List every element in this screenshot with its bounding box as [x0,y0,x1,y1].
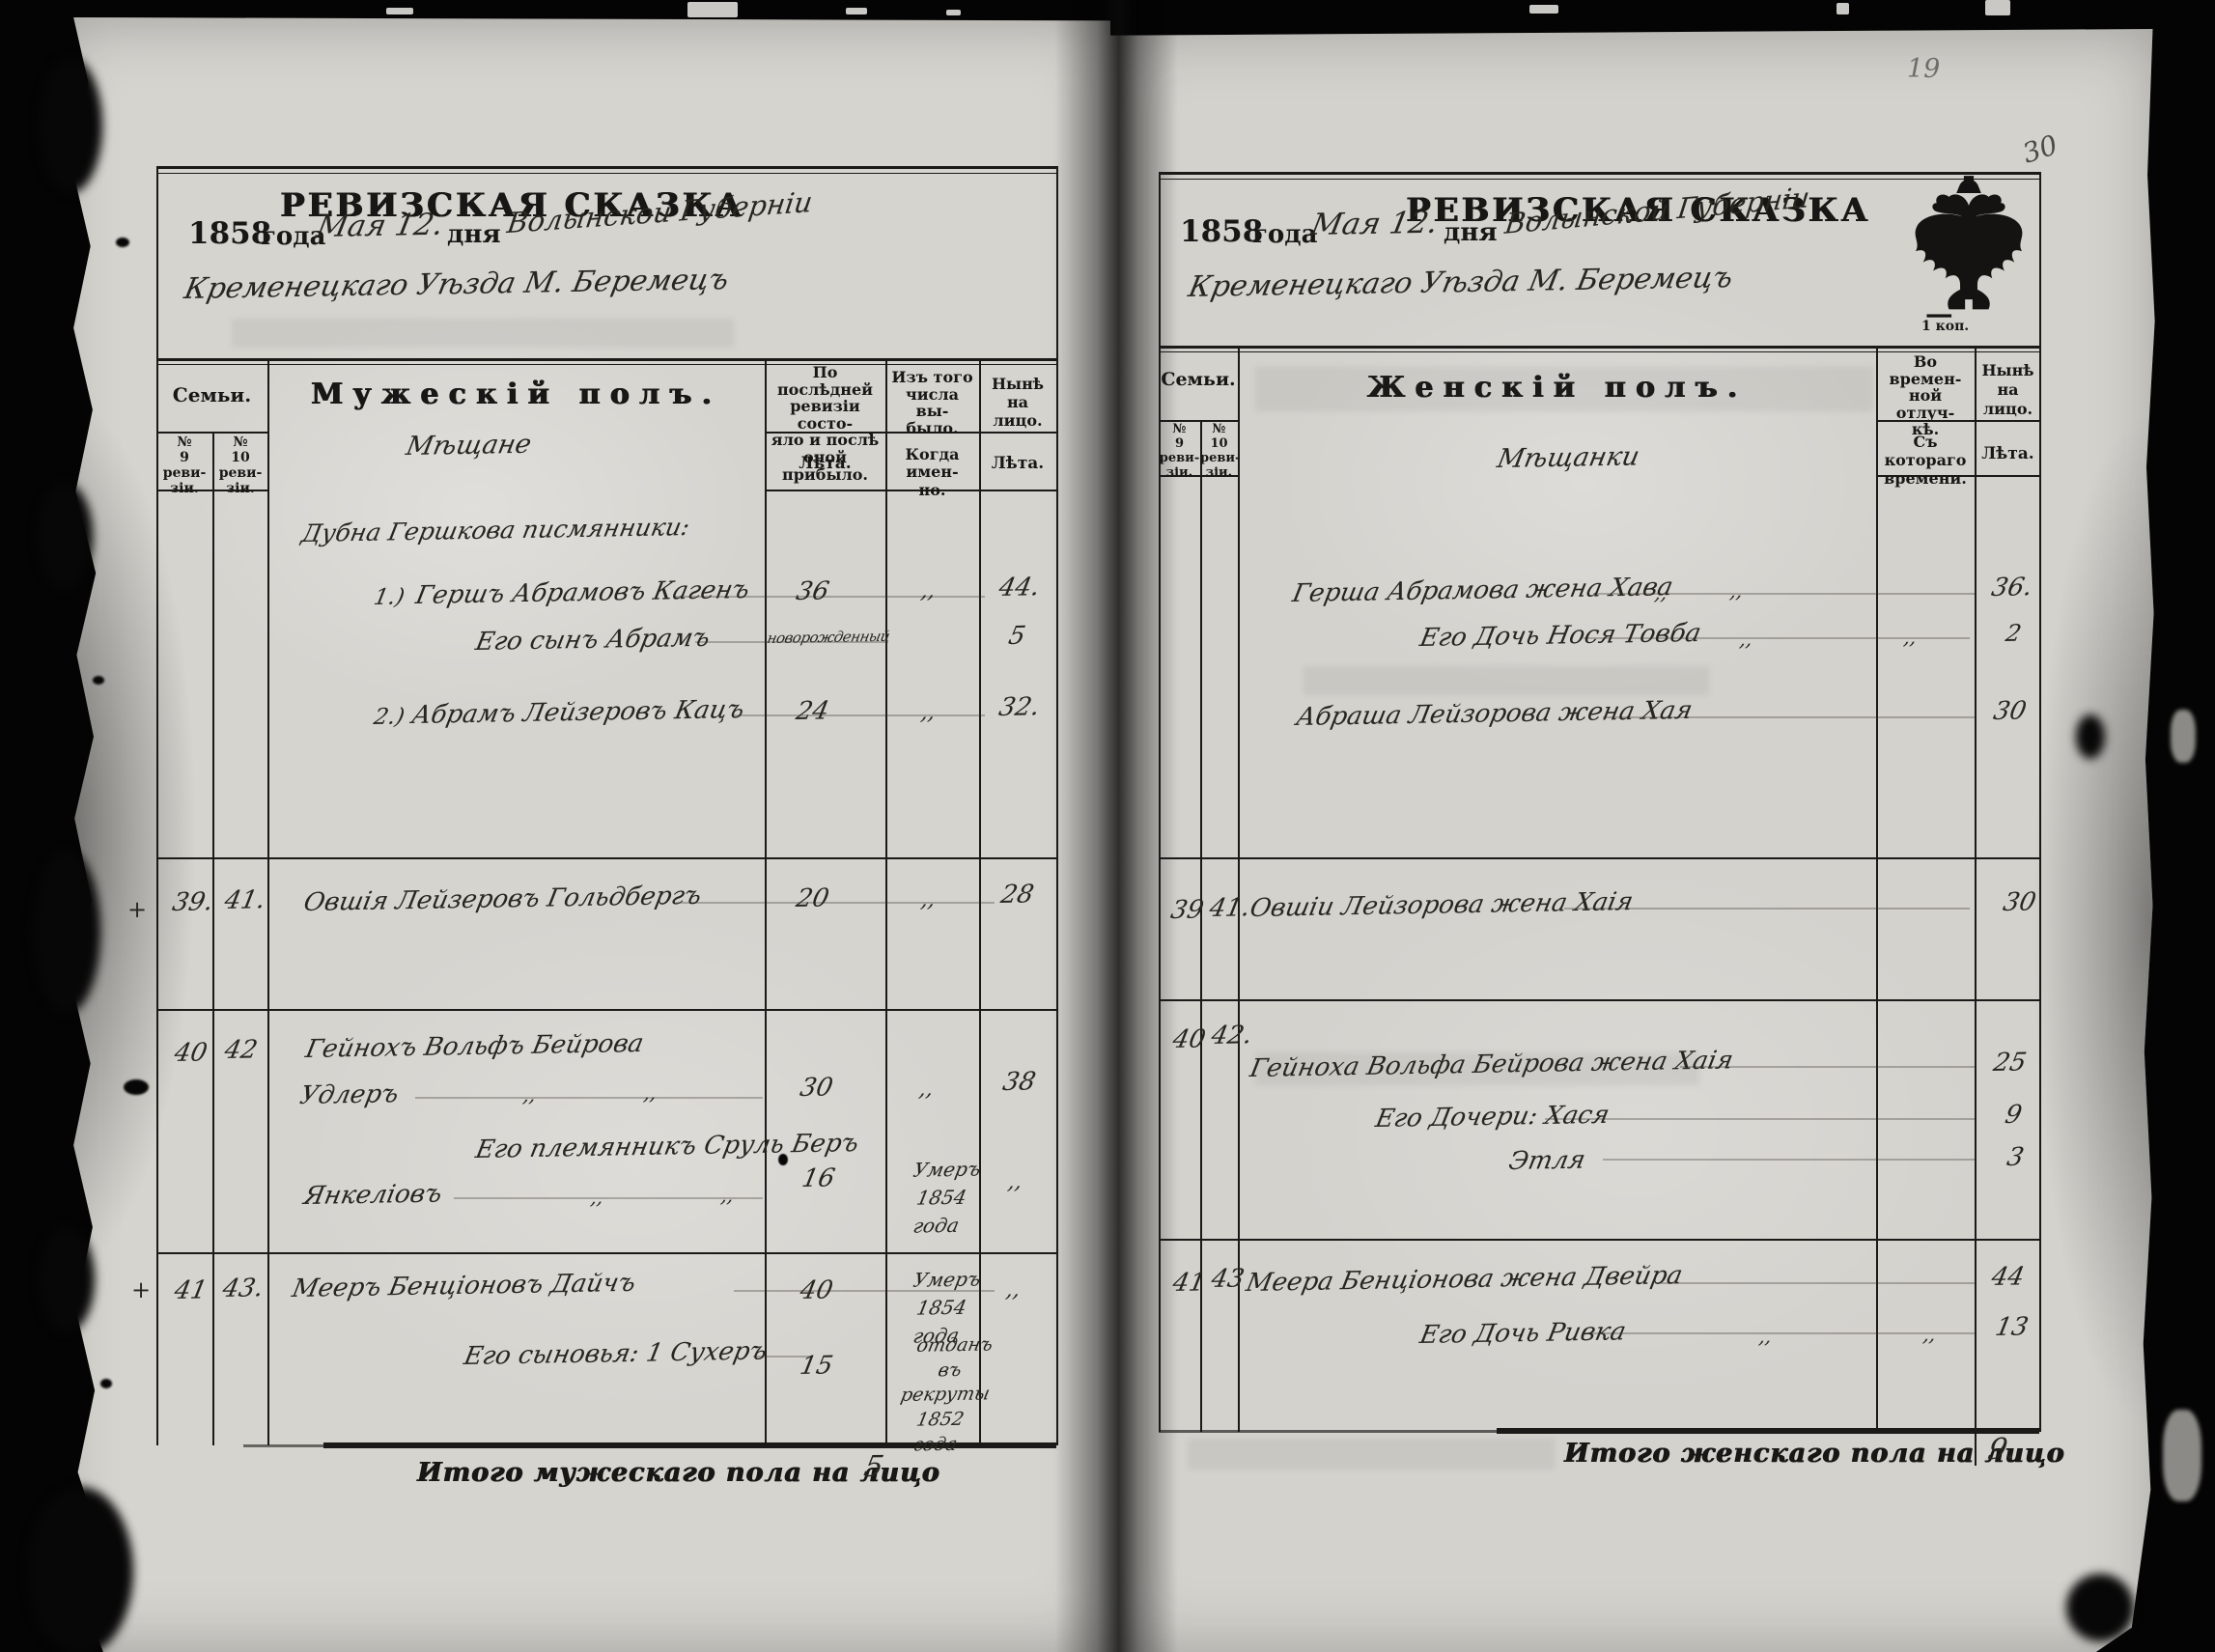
col-revision9: № 9 реви- зіи. [1159,423,1200,481]
age-previous: 16 [799,1163,837,1193]
bleed-through-smudge [1255,367,1873,411]
grid-line [1159,420,1238,422]
ink-speck [116,238,129,247]
col-departed: Изъ того числа вы- было. [887,369,977,436]
ink-stain [2076,714,2105,759]
group-heading-handwritten: Дубна Гершкова писмянники: [299,513,692,547]
age-present: 44 [1989,1262,2027,1292]
scan-artifact [2171,710,2196,763]
scan-artifact [386,8,413,14]
col-now-present: Нынѣ на лицо. [1977,361,2039,419]
ink-stain [33,850,100,1014]
family-no-9th: 39 [1168,895,1206,925]
ruled-line [1661,1282,1975,1284]
ink-speck [124,1079,149,1095]
col-family: Семьи. [1159,369,1238,390]
col-years-b: Лѣта. [981,454,1054,473]
entry-name: Гейнохъ Вольфъ Бейрова [303,1029,646,1064]
estate-category-handwritten: Мѣщане [404,430,534,462]
ruled-line [1584,1332,1975,1334]
scan-artifact [2163,1410,2201,1501]
margin-cross-mark: + [131,1276,151,1303]
grid-line [156,857,1056,859]
scan-artifact [946,10,961,15]
entry-number: 1.) [372,584,407,610]
scan-artifact [1985,0,2010,15]
stamp-denomination: 1 коп. [1921,319,1969,334]
col-revision10: № 10 реви- зіи. [213,434,267,496]
bleed-through-smudge [232,319,734,348]
grid-line [1159,1239,2039,1241]
grid-line [156,166,1056,169]
entry-name: Овшіи Лейзорова жена Хаія [1248,887,1636,923]
entry-name: Его Дочь Нося Товба [1417,619,1703,653]
grid-line [156,1009,1056,1011]
age-present: 32. [996,692,1042,722]
col-temporarily-away: Во времен- ной отлуч- кѣ. [1878,353,1973,438]
date-month-day: Мая 12. [314,208,446,244]
imperial-double-headed-eagle-stamp [1907,176,2031,321]
scan-artifact [1529,5,1558,14]
entry-name: Его племянникъ Сруль Беръ [473,1129,861,1164]
age-present: 28 [998,880,1036,910]
age-present: 30 [1991,696,2029,726]
ruled-line [734,714,985,716]
ruled-line [1564,908,1970,910]
col-years: Лѣта. [1977,444,2039,463]
scan-artifact [846,8,867,14]
age-present: 44. [996,573,1042,602]
family-no-10th: 41. [222,885,267,915]
col-now-present: Нынѣ на лицо. [981,375,1054,431]
family-no-10th: 41. [1207,893,1252,923]
grid-line [1159,857,2039,859]
total-rule-line [1159,1430,1497,1433]
ink-speck [778,1154,788,1165]
entry-name: Абрамъ Лейзеровъ Кацъ [409,695,746,730]
pencil-page-number: 19 [1907,54,1940,84]
date-year: 1858 [1180,214,1263,249]
ink-stain [2066,1574,2134,1641]
age-previous: новорожденный [766,628,891,647]
age-present: 25 [1991,1048,2029,1078]
grid-line [2039,172,2041,1432]
grid-line [1159,351,2039,352]
age-previous: 36 [794,576,831,606]
col-family: Семьи. [156,383,267,406]
entry-name: Этля [1506,1146,1587,1176]
col-when-exactly: Когда имен- но. [887,446,977,499]
ruled-line [676,902,995,904]
grid-line [1159,172,2039,175]
entry-name: Его Дочери: Хася [1373,1101,1612,1134]
grid-line [1159,172,1161,1432]
ruled-line [1603,1159,1975,1161]
ruled-line [1545,1118,1975,1120]
ink-stain [27,1487,133,1652]
ink-speck [93,676,104,685]
ruled-line [734,1290,995,1292]
grid-line [156,1252,1056,1254]
family-no-10th: 43 [1209,1264,1247,1294]
age-previous: 24 [794,696,831,726]
bleed-through-smudge [1304,666,1709,695]
grid-line [1159,346,2039,349]
ruled-line [1680,1066,1975,1068]
ruled-line [1584,637,1970,639]
col-male-sex: Мужескій полъ. [267,378,765,411]
col-since-when: Съ котораго времени. [1878,433,1973,489]
ink-speck [100,1379,112,1388]
family-no-9th: 41 [1170,1268,1208,1298]
entry-name: Абраша Лейзорова жена Хая [1294,696,1695,732]
ruled-line [695,641,888,643]
ruled-line [415,1097,763,1099]
col-revision10: № 10 реви- зіи. [1200,423,1238,481]
date-day-word: дня [447,220,501,249]
total-rule-line [243,1444,323,1447]
total-rule-line [1497,1428,2039,1434]
bleed-through-smudge [1255,1052,1699,1085]
age-previous: 20 [794,883,831,913]
entry-name: Овшія Лейзеровъ Гольдбергъ [301,882,704,917]
entry-name-cont: Удлеръ [297,1079,401,1110]
entry-name: Его сыновья: 1 Сухеръ [462,1337,770,1371]
grid-line [1975,346,1977,1466]
family-no-10th: 42. [1209,1021,1254,1050]
age-previous: 30 [798,1073,835,1103]
bleed-through-smudge [1188,1439,1555,1470]
entry-name: Мееръ Бенціоновъ Дайчъ [290,1269,638,1303]
family-no-9th: 39. [170,887,215,917]
ink-stain [39,1226,95,1332]
grid-line [156,358,1056,361]
grid-line [1876,346,1878,1432]
scanned-revision-list-spread: РЕВИЗСКАЯ СКАЗКА 1858 года Мая 12. дня В… [0,0,2215,1652]
col-years-a: Лѣта. [767,454,883,473]
entry-name-cont: Янкеліовъ [301,1180,444,1211]
date-month-day: Мая 12. [1308,206,1441,242]
family-no-10th: 42 [222,1035,260,1065]
grid-line [1159,999,2039,1001]
ruled-line [1593,593,1975,595]
ruled-line [676,596,985,598]
age-present: 13 [1993,1312,2031,1342]
margin-cross-mark: + [127,896,147,923]
ruled-line [753,1356,811,1358]
family-no-10th: 43. [220,1274,266,1303]
ruled-line [454,1197,763,1199]
scan-artifact [687,2,738,17]
estate-category-handwritten: Мѣщанки [1495,441,1641,474]
departed-when: Умеръ 1854 года [887,1155,995,1241]
date-year: 1858 [188,216,271,251]
date-day-word: дня [1444,218,1498,247]
entry-name: Герша Абрамова жена Хава [1290,573,1675,608]
entry-number: 2.) [372,704,407,730]
entry-name: Гершъ Абрамовъ Кагенъ [413,575,752,610]
ruled-line [1603,716,1975,718]
age-present: 36. [1989,573,2034,602]
scan-artifact [1836,3,1849,14]
grid-line [212,432,214,1445]
family-no-9th: 41 [172,1275,210,1305]
family-no-9th: 40 [1170,1024,1208,1054]
age-present: 30 [2001,887,2038,917]
grid-line [156,173,1056,174]
ink-stain [37,483,93,589]
grid-line [267,358,269,1445]
grid-line [156,364,1056,365]
family-no-9th: 40 [172,1038,210,1068]
col-revision9: № 9 реви- зіи. [156,434,212,496]
grid-line [1056,166,1058,1445]
ink-stain [39,58,102,193]
entry-name: Его сынъ Абрамъ [473,624,713,657]
age-present: 38 [1000,1067,1038,1097]
